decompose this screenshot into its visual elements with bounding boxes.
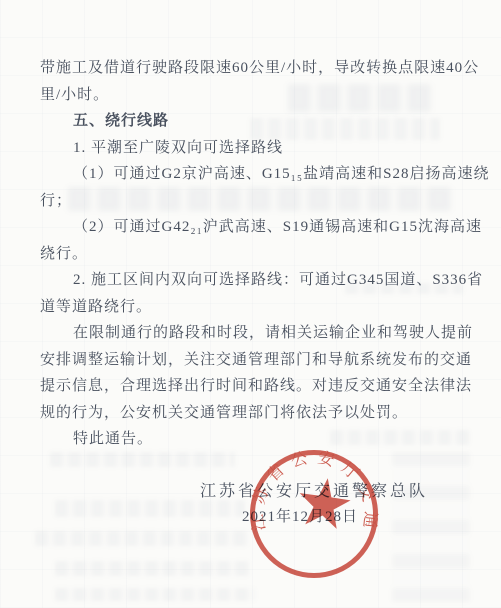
text-line: （1）可通过G2京沪高速、G15₁₅盐靖高速和S28启扬高速绕 <box>40 161 475 188</box>
text-line: 行； <box>40 188 475 215</box>
text-line: 带施工及借道行驶路段限速60公里/小时，导改转换点限速40公 <box>40 55 475 82</box>
issue-date: 2021年12月28日 <box>242 505 358 526</box>
bleedthrough-artifact <box>55 561 250 576</box>
bleedthrough-artifact <box>392 452 470 602</box>
text-line: 绕行。 <box>40 241 475 268</box>
bleedthrough-artifact <box>55 500 245 517</box>
text-line: 1. 平潮至广陵双向可选择路线 <box>40 135 475 162</box>
text-line: 道等道路绕行。 <box>40 294 475 321</box>
bleedthrough-artifact <box>35 531 250 546</box>
scanned-notice-page: 带施工及借道行驶路段限速60公里/小时，导改转换点限速40公 里/小时。 五、绕… <box>0 0 501 608</box>
section-heading: 五、绕行线路 <box>40 108 475 135</box>
closing-line: 特此通告。 <box>40 426 475 453</box>
text-line: 规的行为，公安机关交通管理部门将依法予以处罚。 <box>40 400 475 427</box>
text-line: 安排调整运输计划，关注交通管理部门和导航系统发布的交通 <box>40 347 475 374</box>
text-line: 提示信息，合理选择出行时间和路线。对违反交通安全法律法 <box>40 373 475 400</box>
text-line: 2. 施工区间内双向可选择路线：可通过G345国道、S336省 <box>40 267 475 294</box>
document-body: 带施工及借道行驶路段限速60公里/小时，导改转换点限速40公 里/小时。 五、绕… <box>40 55 475 453</box>
bleedthrough-artifact <box>50 452 235 467</box>
text-line: （2）可通过G42₂₁沪武高速、S19通锡高速和G15沈海高速 <box>40 214 475 241</box>
text-line: 里/小时。 <box>40 82 475 109</box>
text-line: 在限制通行的路段和时段，请相关运输企业和驾驶人提前 <box>40 320 475 347</box>
issuer-signature: 江苏省公安厅交通警察总队 <box>200 478 428 501</box>
bleedthrough-artifact <box>55 588 255 601</box>
